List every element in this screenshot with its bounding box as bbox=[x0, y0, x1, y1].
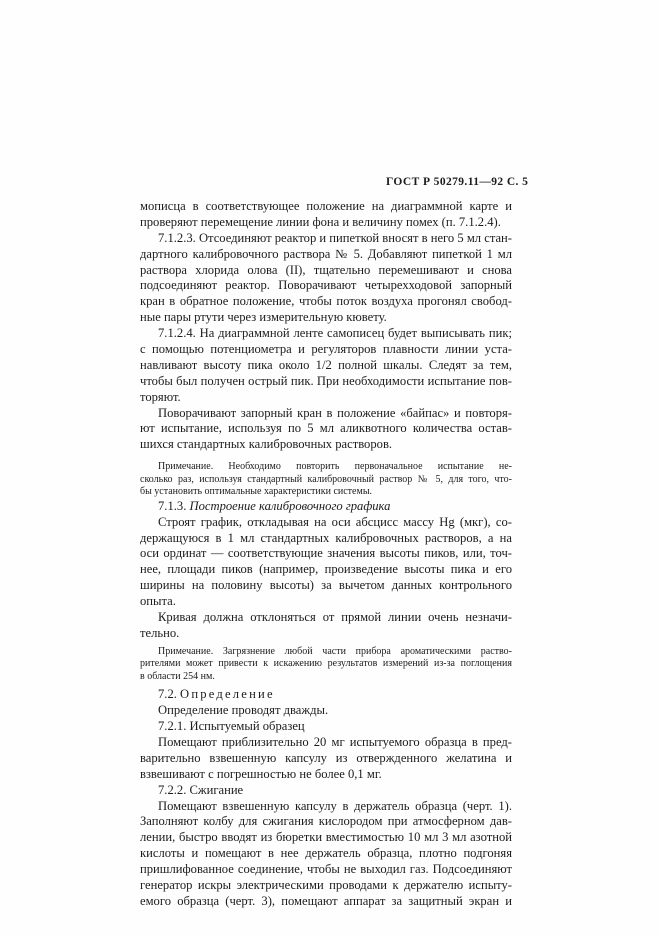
text-line: нее, площади пиков (например, произведен… bbox=[140, 562, 512, 578]
text-line: Помещают приблизительно 20 мг испытуемог… bbox=[140, 735, 512, 751]
text-line: ют испытание, используя по 5 мл аликвотн… bbox=[140, 421, 512, 437]
section-7-1-3: Строят график, откладывая на оси абсцисс… bbox=[140, 515, 512, 610]
document-page: ГОСТ Р 50279.11—92 С. 5 мописца в соотве… bbox=[0, 0, 661, 935]
text-line: раствора хлорида олова (II), тщательно п… bbox=[140, 263, 512, 279]
text-line: шихся стандартных калибровочных растворо… bbox=[140, 437, 512, 453]
section-number: 7.1.3. bbox=[158, 499, 186, 513]
note-2: Примечание. Загрязнение любой части приб… bbox=[140, 646, 512, 684]
paragraph-continuation: мописца в соответствующее положение на д… bbox=[140, 199, 512, 231]
text-line: мописца в соответствующее положение на д… bbox=[140, 199, 512, 215]
text-line: ширины на половину высоты) за вычетом да… bbox=[140, 578, 512, 594]
text-line: Помещают взвешенную капсулу в держатель … bbox=[140, 799, 512, 815]
text-line: с помощью потенциометра и регуляторов пл… bbox=[140, 342, 512, 358]
text-line: опыта. bbox=[140, 594, 512, 610]
section-7-2-1: Помещают приблизительно 20 мг испытуемог… bbox=[140, 735, 512, 783]
text-line: тельно. bbox=[140, 626, 512, 642]
text-line: в области 254 нм. bbox=[140, 671, 512, 684]
text-line: Поворачивают запорный кран в положение «… bbox=[140, 406, 512, 422]
text-line: взвешивают с погрешностью не более 0,1 м… bbox=[140, 767, 512, 783]
text-line: кислоты и помещают в нее держатель образ… bbox=[140, 846, 512, 862]
text-line: рителями может привести к искажению резу… bbox=[140, 658, 512, 671]
section-7-1-2-4: 7.1.2.4. На диаграммной ленте самописец … bbox=[140, 326, 512, 405]
text-line: кран в обратное положение, чтобы поток в… bbox=[140, 294, 512, 310]
note-1: Примечание. Необходимо повторить первона… bbox=[140, 461, 512, 499]
text-line: чтобы был получен острый пик. При необхо… bbox=[140, 374, 512, 390]
section-title: Определение bbox=[180, 687, 275, 701]
text-line: держащуюся в 1 мл стандартных калибровоч… bbox=[140, 531, 512, 547]
text-line: подсоединяют реактор. Поворачивают четыр… bbox=[140, 278, 512, 294]
text-line: Заполняют колбу для сжигания кислородом … bbox=[140, 814, 512, 830]
text-line: Кривая должна отклоняться от прямой лини… bbox=[140, 610, 512, 626]
text-line: Примечание. Загрязнение любой части приб… bbox=[140, 646, 512, 659]
section-7-1-2-3: 7.1.2.3. Отсоединяют реактор и пипеткой … bbox=[140, 231, 512, 326]
text-line: оси ординат — соответствующие значения в… bbox=[140, 546, 512, 562]
text-line: сколько раз, используя стандартный калиб… bbox=[140, 474, 512, 487]
running-header: ГОСТ Р 50279.11—92 С. 5 bbox=[386, 176, 528, 188]
text-line: лении, быстро вводят из бюретки вместимо… bbox=[140, 830, 512, 846]
section-number: 7.2. bbox=[158, 687, 177, 701]
section-title: Построение калибровочного графика bbox=[190, 499, 391, 513]
section-7-2-heading: 7.2. Определение bbox=[140, 687, 512, 703]
text-line: пришлифованное соединение, чтобы не выхо… bbox=[140, 862, 512, 878]
section-7-2-1-heading: 7.2.1. Испытуемый образец bbox=[140, 719, 512, 735]
text-line: Строят график, откладывая на оси абсцисс… bbox=[140, 515, 512, 531]
text-line: Определение проводят дважды. bbox=[140, 703, 512, 719]
text-line: торяют. bbox=[140, 390, 512, 406]
text-line: ные пары ртути через измерительную кювет… bbox=[140, 310, 512, 326]
text-line: бы установить оптимальные характеристики… bbox=[140, 486, 512, 499]
text-line: проверяют перемещение линии фона и велич… bbox=[140, 215, 512, 231]
section-7-2-2-heading: 7.2.2. Сжигание bbox=[140, 783, 512, 799]
section-7-2-2: Помещают взвешенную капсулу в держатель … bbox=[140, 799, 512, 910]
text-line: емого образца (черт. 3), помещают аппара… bbox=[140, 894, 512, 910]
paragraph-bypass: Поворачивают запорный кран в положение «… bbox=[140, 406, 512, 454]
text-line: генератор искры электрическими проводами… bbox=[140, 878, 512, 894]
text-line: 7.1.2.4. На диаграммной ленте самописец … bbox=[140, 326, 512, 342]
text-line: навливают высоту пика около 1/2 полной ш… bbox=[140, 358, 512, 374]
text-line: дартного калибровочного раствора № 5. До… bbox=[140, 247, 512, 263]
paragraph-curve: Кривая должна отклоняться от прямой лини… bbox=[140, 610, 512, 642]
body-text: мописца в соответствующее положение на д… bbox=[140, 199, 512, 910]
text-line: Примечание. Необходимо повторить первона… bbox=[140, 461, 512, 474]
text-line: варительно взвешенную капсулу из отвержд… bbox=[140, 751, 512, 767]
text-line: 7.1.2.3. Отсоединяют реактор и пипеткой … bbox=[140, 231, 512, 247]
section-7-1-3-heading: 7.1.3. Построение калибровочного графика bbox=[140, 499, 512, 515]
